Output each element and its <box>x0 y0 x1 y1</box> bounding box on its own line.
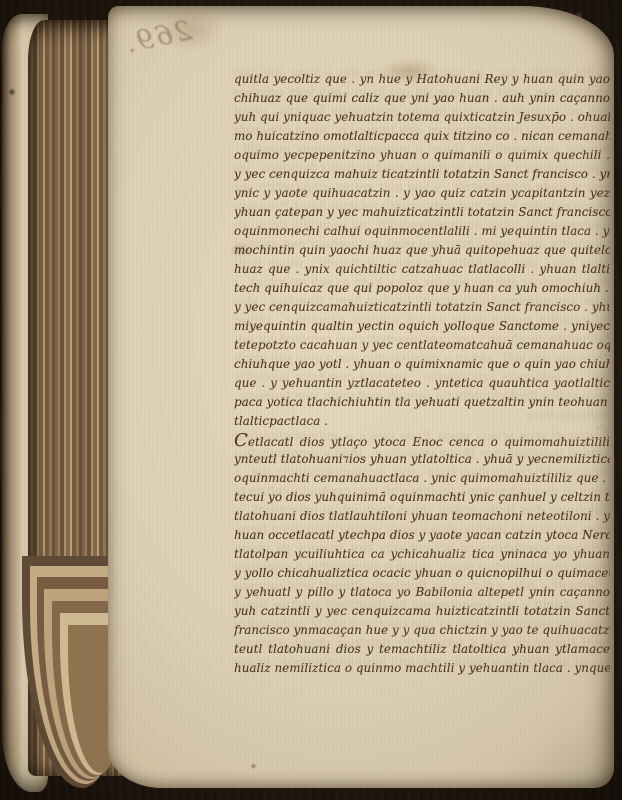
manuscript-line: oquimo yecpepenitzino yhuan o quimanili … <box>234 146 610 165</box>
manuscript-line: francisco ynmacaçan hue y y qua chictzin… <box>234 621 610 640</box>
manuscript-line: chihuaz que quimi caliz que yni yao huan… <box>234 89 610 108</box>
manuscript-line: y yec cenquizcamahuizticatzintli totatzi… <box>234 298 610 317</box>
manuscript-line: quitla yecoltiz que . yn hue y Hatohuani… <box>234 70 610 89</box>
showthrough-page-number: 269. <box>122 15 195 59</box>
manuscript-line: miyequintin qualtin yectin oquich yolloq… <box>234 317 610 336</box>
manuscript-line: teutl tlatohuani dios y temachtiliz tlat… <box>234 640 610 659</box>
manuscript-line: que . y yehuantin yztlacateteo . yntetic… <box>234 374 610 393</box>
manuscript-line: tlatolpan ycuiliuhtica ca ychicahualiz t… <box>234 545 610 564</box>
manuscript-line: ynic y yaote quihuacatzin . y yao quiz c… <box>234 184 610 203</box>
manuscript-line: chiuhque yao yotl . yhuan o quimixnamic … <box>234 355 610 374</box>
manuscript-line: tech quihuicaz que qui popoloz que y hua… <box>234 279 610 298</box>
paragraph-initial: C <box>234 431 248 450</box>
manuscript-line: oquinmachti cemanahuactlaca . ynic quimo… <box>234 469 610 488</box>
manuscript-paragraph: quitla yecoltiz que . yn hue y Hatohuani… <box>234 70 610 431</box>
book-photograph: 269. quitla yecoltiz que . yn hue y Hato… <box>0 0 622 800</box>
manuscript-line: mo huicatzino omotlalticpacca quix titzi… <box>234 127 610 146</box>
manuscript-line: huaz que . ynix quichtiltic catzahuac tl… <box>234 260 610 279</box>
manuscript-line: y yollo chicahualiztica ocacic yhuan o q… <box>234 564 610 583</box>
manuscript-line: yhuan çatepan y yec mahuizticatzintli to… <box>234 203 610 222</box>
manuscript-line: hualiz nemiliztica o quinmo machtili y y… <box>234 659 610 678</box>
manuscript-line: paca yotica tlachichiuhtin tla yehuati q… <box>234 393 610 412</box>
manuscript-line: mochintin quin yaochi huaz que yhuā quit… <box>234 241 610 260</box>
manuscript-paragraph: Cetlacatl dios ytlaço ytoca Enoc cenca o… <box>234 431 610 678</box>
manuscript-line: yuh qui yniquac yehuatzin totema quixtic… <box>234 108 610 127</box>
manuscript-line: y yec cenquizca mahuiz ticatzintli totat… <box>234 165 610 184</box>
manuscript-line: tetepotzto cacahuan y yec centlateomatca… <box>234 336 610 355</box>
manuscript-line: y yehuatl y pillo y tlatoca yo Babilonia… <box>234 583 610 602</box>
manuscript-line: tlatohuani dios tlatlauhtiloni yhuan teo… <box>234 507 610 526</box>
manuscript-line: tlalticpactlaca . <box>234 412 610 431</box>
manuscript-line: yuh catzintli y yec cenquizcama huiztica… <box>234 602 610 621</box>
manuscript-page: 269. quitla yecoltiz que . yn hue y Hato… <box>108 6 614 788</box>
manuscript-line: ynteutl tlatohuaniדios yhuan ytlatoltica… <box>234 450 610 469</box>
speck <box>250 763 257 769</box>
manuscript-text-block: quitla yecoltiz que . yn hue y Hatohuani… <box>234 70 610 678</box>
manuscript-line: huan occetlacatl ytechpa dios y yaote ya… <box>234 526 610 545</box>
manuscript-line: tecui yo dios yuhquinimā oquinmachti yni… <box>234 488 610 507</box>
speck <box>574 12 584 19</box>
manuscript-line: Cetlacatl dios ytlaço ytoca Enoc cenca o… <box>234 431 610 450</box>
manuscript-line: oquinmonechi calhui oquinmocentlalili . … <box>234 222 610 241</box>
